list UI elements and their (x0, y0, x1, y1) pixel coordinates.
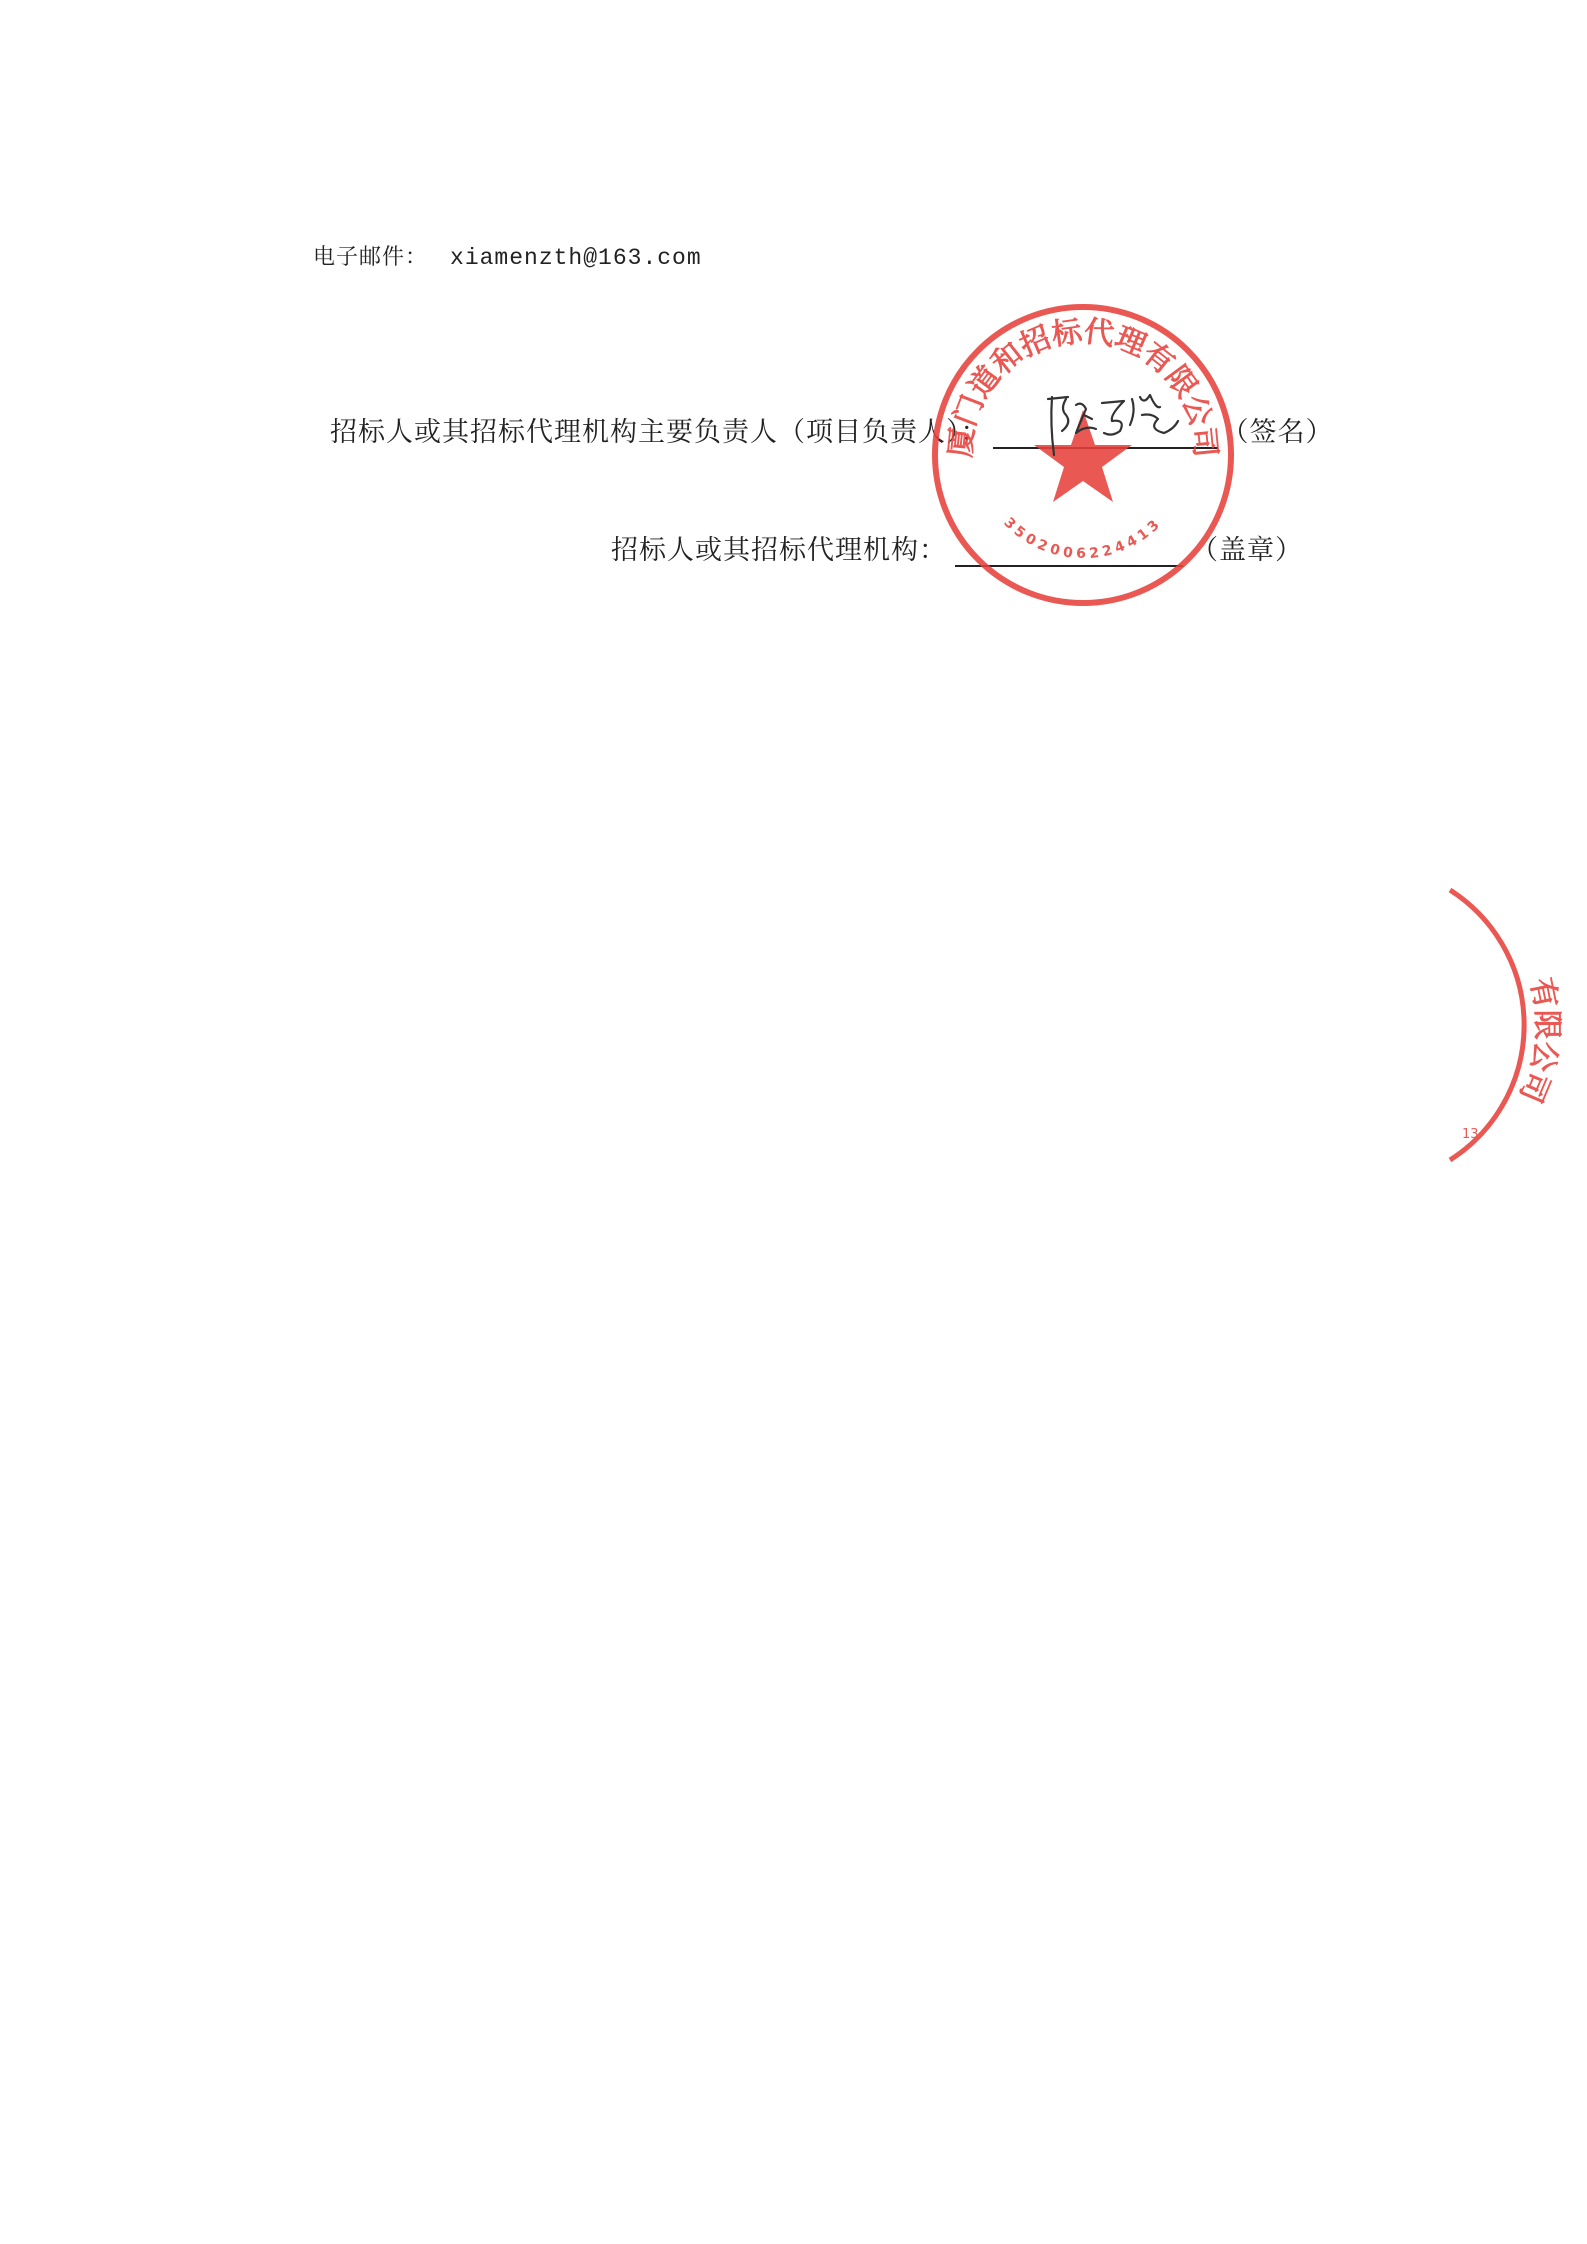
email-value: xiamenzth@163.com (450, 245, 702, 271)
signature-label: 招标人或其招标代理机构主要负责人（项目负责人）： (330, 417, 989, 448)
email-line: 电子邮件：xiamenzth@163.com (313, 240, 702, 271)
signature-suffix: （签名） (1222, 417, 1334, 448)
seam-stamp: 有限公司 13 (1440, 880, 1587, 1170)
seam-ring (1450, 890, 1524, 1160)
seal-blank (955, 535, 1183, 567)
seal-suffix: （盖章） (1191, 535, 1303, 566)
seam-company-text: 有限公司 (1512, 975, 1564, 1108)
seal-line: 招标人或其招标代理机构：（盖章） (611, 528, 1303, 567)
handwritten-signature (1040, 385, 1190, 465)
seal-label: 招标人或其招标代理机构： (611, 535, 947, 566)
email-label: 电子邮件： (313, 245, 428, 270)
seam-code-text: 13 (1462, 1127, 1479, 1142)
